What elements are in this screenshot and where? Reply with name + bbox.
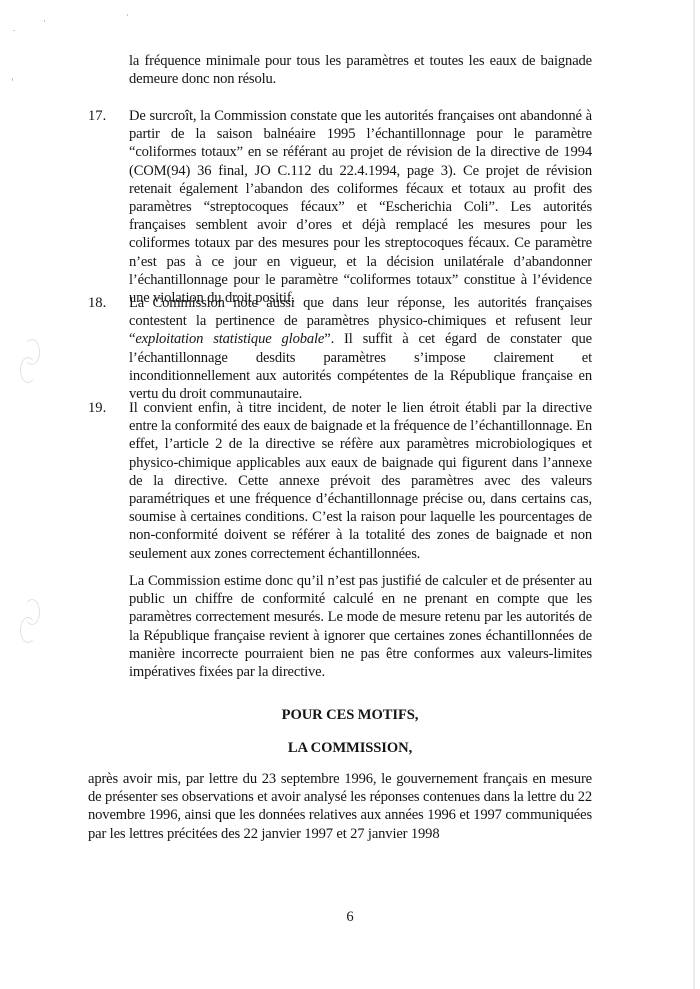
paragraph-18: La Commission note aussi que dans leur r…	[129, 294, 592, 403]
scan-page-edge	[693, 0, 695, 989]
heading-pour-ces-motifs: POUR CES MOTIFS,	[0, 706, 700, 724]
paragraph-17: De surcroît, la Commission constate que …	[129, 107, 592, 307]
punch-hole-mark	[20, 357, 36, 383]
paragraph-number: 18.	[88, 294, 106, 312]
paragraph-number: 17.	[88, 107, 106, 125]
scan-speck	[127, 14, 128, 16]
scan-speck	[44, 20, 45, 22]
document-page: la fréquence minimale pour tous les para…	[0, 0, 700, 989]
scan-speck	[13, 30, 15, 31]
paragraph-19: Il convient enfin, à titre incident, de …	[129, 399, 592, 563]
scan-speck	[12, 78, 13, 81]
punch-hole-mark	[20, 617, 36, 643]
closing-paragraph: après avoir mis, par lettre du 23 septem…	[88, 770, 592, 843]
heading-la-commission: LA COMMISSION,	[0, 739, 700, 757]
paragraph-18-italic-quote: exploitation statistique globale	[135, 331, 324, 347]
continuation-paragraph: la fréquence minimale pour tous les para…	[129, 52, 592, 88]
paragraph-number: 19.	[88, 399, 106, 417]
paragraph-unnumbered: La Commission estime donc qu’il n’est pa…	[129, 572, 592, 681]
page-number: 6	[0, 909, 700, 926]
